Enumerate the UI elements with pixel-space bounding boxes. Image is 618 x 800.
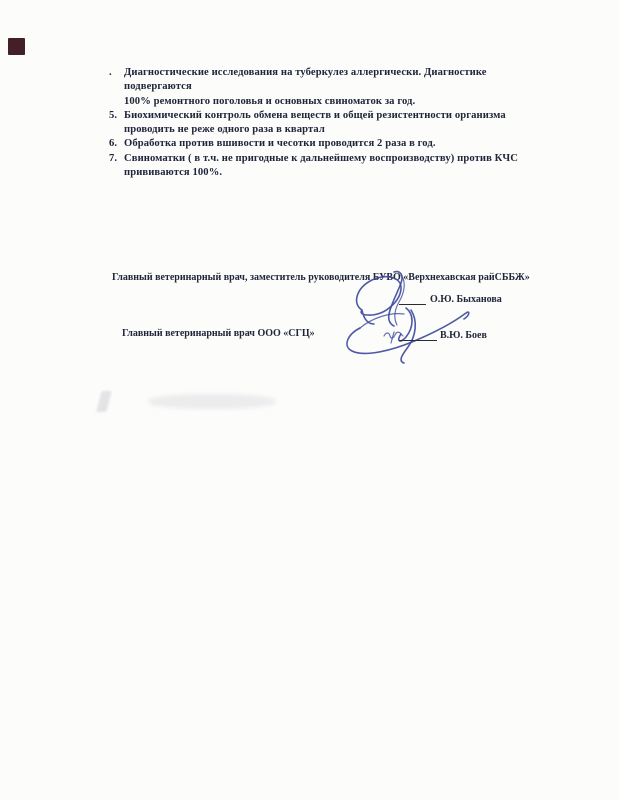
list-item-marker: 6. xyxy=(108,137,124,151)
scanned-document-page: . Диагностические исследования на туберк… xyxy=(0,0,618,800)
bleed-through-smudge xyxy=(96,391,111,412)
bleed-through-smudge xyxy=(148,394,276,409)
numbered-list: . Диагностические исследования на туберк… xyxy=(108,66,518,180)
list-item-text: Биохимический контроль обмена веществ и … xyxy=(124,109,518,138)
list-item-marker: 5. xyxy=(108,109,124,123)
signature-line-2 xyxy=(399,340,437,341)
signatory-role-2: Главный ветеринарный врач ООО «СГЦ» xyxy=(122,328,315,340)
red-square-mark xyxy=(8,38,25,55)
list-item: 5. Биохимический контроль обмена веществ… xyxy=(108,109,518,138)
list-item-marker: 7. xyxy=(108,152,124,166)
list-item: . Диагностические исследования на туберк… xyxy=(108,66,518,109)
list-item: 7. Свиноматки ( в т.ч. не пригодные к да… xyxy=(108,152,518,181)
list-item-text: Диагностические исследования на туберкул… xyxy=(124,66,518,109)
signatory-role-1: Главный ветеринарный врач, заместитель р… xyxy=(112,272,530,284)
list-item-text: Свиноматки ( в т.ч. не пригодные к дальн… xyxy=(124,152,518,181)
list-item-text: Обработка против вшивости и чесотки пров… xyxy=(124,137,518,151)
signatory-name-2: В.Ю. Боев xyxy=(440,330,487,341)
list-item-marker: . xyxy=(108,66,124,80)
list-item: 6. Обработка против вшивости и чесотки п… xyxy=(108,137,518,151)
